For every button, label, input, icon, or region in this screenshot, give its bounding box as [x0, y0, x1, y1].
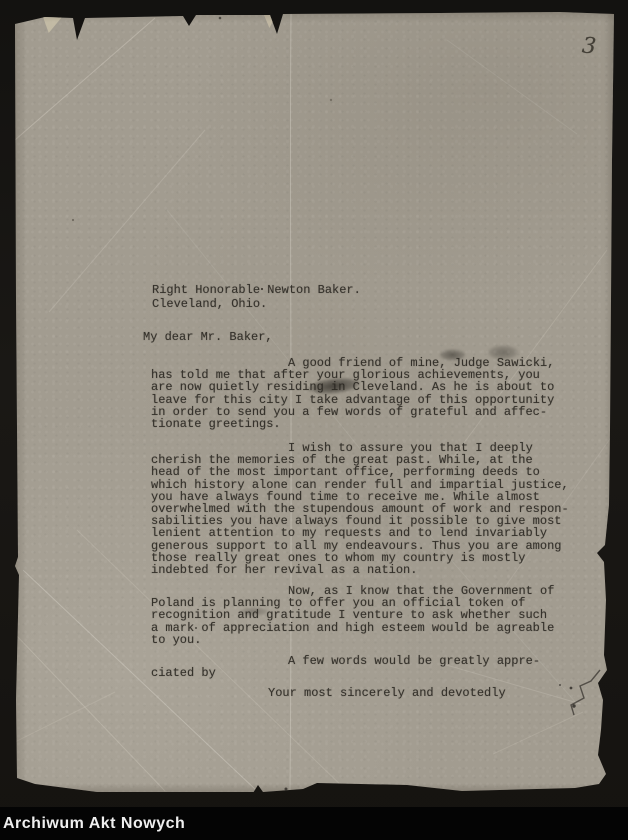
- scanned-letter-page: 3 Right Honorable Newton Baker. Clevelan…: [0, 0, 628, 840]
- archive-watermark: Archiwum Akt Nowych: [3, 815, 185, 833]
- closing-line: Your most sincerely and devotedly: [268, 687, 506, 699]
- paragraph-2: I wish to assure you that I deeply cheri…: [151, 442, 569, 576]
- torn-edge-patch: [43, 17, 62, 33]
- paragraph-4: A few words would be greatly appre- ciat…: [151, 655, 540, 679]
- paragraph-3: Now, as I know that the Government of Po…: [151, 585, 554, 646]
- torn-edge-patch: [264, 15, 276, 28]
- recipient-address: Right Honorable Newton Baker. Cleveland,…: [152, 283, 361, 311]
- handwritten-page-number: 3: [581, 33, 597, 59]
- letter-paper: 3 Right Honorable Newton Baker. Clevelan…: [15, 12, 615, 792]
- paragraph-1: A good friend of mine, Judge Sawicki, ha…: [151, 357, 554, 430]
- archive-footer-bar: Archiwum Akt Nowych: [0, 807, 628, 840]
- salutation: My dear Mr. Baker,: [143, 331, 273, 343]
